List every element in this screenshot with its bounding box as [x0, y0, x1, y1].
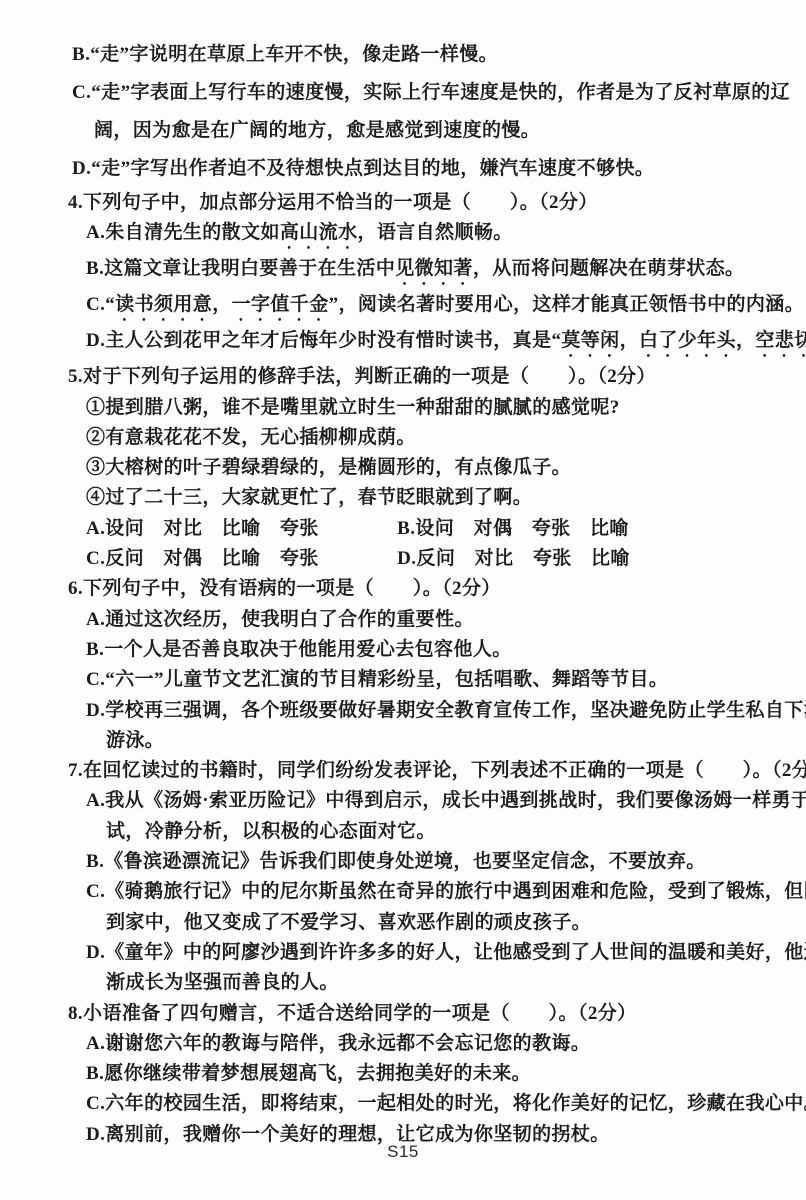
text-run: ④过了二十三，大家就更忙了，春节眨眼就到了啊。	[86, 487, 532, 508]
q8-stem: 8.小语准备了四句赠言，不适合送给同学的一项是（ ）。（2分）	[68, 999, 796, 1029]
q3-option-d: D.“走”字写出作者迫不及待想快点到达目的地，嫌汽车速度不够快。	[72, 150, 796, 188]
q6-option-d: D.学校再三强调，各个班级要做好暑期安全教育宣传工作，坚决避免防止学生私自下河	[86, 696, 796, 726]
text-run: B.一个人是否善良取决于他能用爱心去包容他人。	[86, 639, 512, 660]
text-run: ”，阅读名著时要用心，这样才能真正领悟书中的内涵。	[329, 294, 805, 315]
text-run: ③大榕树的叶子碧绿碧绿的，是椭圆形的，有点像瓜子。	[86, 457, 571, 478]
question-4: 4.下列句子中，加点部分运用不恰当的一项是（ ）。（2分） A.朱自清先生的散文…	[68, 188, 796, 362]
q4-option-a: A.朱自清先生的散文如高山流水，语言自然顺畅。	[86, 218, 796, 254]
text-run: ①提到腊八粥，谁不是嘴里就立时生一种甜甜的腻腻的感觉呢?	[86, 397, 620, 418]
question-7: 7.在回忆读过的书籍时，同学们纷纷发表评论，下列表述不正确的一项是（ ）。（2分…	[68, 756, 796, 998]
q8-option-a: A.谢谢您六年的教诲与陪伴，我永远都不会忘记您的教诲。	[86, 1029, 796, 1059]
q4-option-c: C.“读书须用意，一字值千金”，阅读名著时要用心，这样才能真正领悟书中的内涵。	[86, 290, 796, 326]
q7-option-c: C.《骑鹅旅行记》中的尼尔斯虽然在奇异的旅行中遇到困难和危险，受到了锻炼，但回	[86, 877, 796, 907]
text-run: 到家中，他又变成了不爱学习、喜欢恶作剧的顽皮孩子。	[106, 912, 591, 933]
q7-stem: 7.在回忆读过的书籍时，同学们纷纷发表评论，下列表述不正确的一项是（ ）。（2分…	[68, 756, 796, 786]
text-run: 4.下列句子中，加点部分运用不恰当的一项是（ ）。（2分）	[68, 192, 598, 213]
question-5: 5.对于下列句子运用的修辞手法，判断正确的一项是（ ）。（2分） ①提到腊八粥，…	[68, 362, 796, 574]
text-run: 8.小语准备了四句赠言，不适合送给同学的一项是（ ）。（2分）	[68, 1003, 637, 1024]
text-run: C.六年的校园生活，即将结束，一起相处的时光，将化作美好的记忆，珍藏在我心中。	[86, 1093, 806, 1114]
emphasized-text: 空悲切	[755, 330, 806, 351]
text-run: B.《鲁滨逊漂流记》告诉我们即使身处逆境，也要坚定信念，不要放弃。	[86, 851, 706, 872]
q5-sentence-2: ②有意栽花花不发，无心插柳柳成荫。	[86, 423, 796, 453]
emphasized-text: 读书须用意	[115, 294, 212, 315]
q7-option-a-wrap: 试，冷静分析，以积极的心态面对它。	[106, 817, 796, 847]
q6-option-c: C.“六一”儿童节文艺汇演的节目精彩纷呈，包括唱歌、舞蹈等节目。	[86, 665, 796, 695]
question-3-options-continued: B.“走”字说明在草原上车开不快，像走路一样慢。 C.“走”字表面上写行车的速度…	[68, 36, 796, 188]
text-run: C.“	[86, 294, 115, 315]
exam-content: B.“走”字说明在草原上车开不快，像走路一样慢。 C.“走”字表面上写行车的速度…	[68, 36, 796, 1150]
q5-choice-row-cd: C.反问 对偶 比喻 夸张 D.反问 对比 夸张 比喻	[86, 544, 796, 574]
text-run: A.谢谢您六年的教诲与陪伴，我永远都不会忘记您的教诲。	[86, 1033, 590, 1054]
q8-option-c: C.六年的校园生活，即将结束，一起相处的时光，将化作美好的记忆，珍藏在我心中。	[86, 1089, 796, 1119]
q5-option-c: C.反问 对偶 比喻 夸张	[86, 544, 392, 574]
q7-option-a: A.我从《汤姆·索亚历险记》中得到启示，成长中遇到挑战时，我们要像汤姆一样勇于尝	[86, 786, 796, 816]
q7-option-c-wrap: 到家中，他又变成了不爱学习、喜欢恶作剧的顽皮孩子。	[106, 908, 796, 938]
text-run: ，	[620, 330, 639, 351]
text-run: ，	[736, 330, 755, 351]
text-run: 6.下列句子中，没有语病的一项是（ ）。（2分）	[68, 578, 501, 599]
text-run: ，	[212, 294, 231, 315]
q7-option-b: B.《鲁滨逊漂流记》告诉我们即使身处逆境，也要坚定信念，不要放弃。	[86, 847, 796, 877]
text-run: ，语言自然顺畅。	[357, 222, 512, 243]
q3-option-b: B.“走”字说明在草原上车开不快，像走路一样慢。	[72, 36, 796, 74]
text-run: B.设问 对偶 夸张 比喻	[397, 518, 629, 539]
text-run: D.“走”字写出作者迫不及待想快点到达目的地，嫌汽车速度不够快。	[72, 158, 654, 179]
text-run: B.这篇文章让我明白要善于在生活中	[86, 258, 395, 279]
text-run: ，从而将问题解决在萌芽状态。	[473, 258, 745, 279]
q4-option-d: D.主人公到花甲之年才后悔年少时没有惜时读书，真是“莫等闲，白了少年头，空悲切”…	[86, 326, 796, 362]
text-run: C.“六一”儿童节文艺汇演的节目精彩纷呈，包括唱歌、舞蹈等节目。	[86, 669, 668, 690]
text-run: C.反问 对偶 比喻 夸张	[86, 548, 319, 569]
text-run: D.反问 对比 夸张 比喻	[397, 548, 630, 569]
text-run: 试，冷静分析，以积极的心态面对它。	[106, 821, 436, 842]
text-run: D.主人公到花甲之年才后悔年少时没有惜时读书，真是“	[86, 330, 561, 351]
question-6: 6.下列句子中，没有语病的一项是（ ）。（2分） A.通过这次经历，使我明白了合…	[68, 574, 796, 756]
q6-option-d-wrap: 游泳。	[106, 726, 796, 756]
q5-option-a: A.设问 对比 比喻 夸张	[86, 514, 392, 544]
q5-sentence-1: ①提到腊八粥，谁不是嘴里就立时生一种甜甜的腻腻的感觉呢?	[86, 393, 796, 423]
q3-option-c-wrap: 阔，因为愈是在广阔的地方，愈是感觉到速度的慢。	[94, 112, 796, 150]
q5-choice-row-ab: A.设问 对比 比喻 夸张 B.设问 对偶 夸张 比喻	[86, 514, 796, 544]
text-run: 游泳。	[106, 730, 164, 751]
q4-option-b: B.这篇文章让我明白要善于在生活中见微知著，从而将问题解决在萌芽状态。	[86, 254, 796, 290]
text-run: 渐成长为坚强而善良的人。	[106, 972, 339, 993]
page-number: S15	[0, 1142, 806, 1162]
q6-option-a: A.通过这次经历，使我明白了合作的重要性。	[86, 605, 796, 635]
q4-stem: 4.下列句子中，加点部分运用不恰当的一项是（ ）。（2分）	[68, 188, 796, 218]
q6-option-b: B.一个人是否善良取决于他能用爱心去包容他人。	[86, 635, 796, 665]
q3-option-c: C.“走”字表面上写行车的速度慢，实际上行车速度是快的，作者是为了反衬草原的辽	[72, 74, 796, 112]
text-run: B.愿你继续带着梦想展翅高飞，去拥抱美好的未来。	[86, 1063, 531, 1084]
emphasized-text: 一字值千金	[232, 294, 329, 315]
text-run: C.“走”字表面上写行车的速度慢，实际上行车速度是快的，作者是为了反衬草原的辽	[72, 82, 790, 103]
text-run: C.《骑鹅旅行记》中的尼尔斯虽然在奇异的旅行中遇到困难和危险，受到了锻炼，但回	[86, 881, 806, 902]
text-run: A.通过这次经历，使我明白了合作的重要性。	[86, 609, 474, 630]
emphasized-text: 高山流水	[280, 222, 358, 243]
q5-sentence-3: ③大榕树的叶子碧绿碧绿的，是椭圆形的，有点像瓜子。	[86, 453, 796, 483]
exam-paper-page: B.“走”字说明在草原上车开不快，像走路一样慢。 C.“走”字表面上写行车的速度…	[0, 0, 806, 1200]
text-run: A.朱自清先生的散文如	[86, 222, 280, 243]
text-run: 5.对于下列句子运用的修辞手法，判断正确的一项是（ ）。（2分）	[68, 366, 656, 387]
q5-stem: 5.对于下列句子运用的修辞手法，判断正确的一项是（ ）。（2分）	[68, 362, 796, 392]
emphasized-text: 见微知著	[395, 258, 473, 279]
q7-option-d: D.《童年》中的阿廖沙遇到许许多多的好人，让他感受到了人世间的温暖和美好，他逐	[86, 938, 796, 968]
text-run: ②有意栽花花不发，无心插柳柳成荫。	[86, 427, 416, 448]
text-run: 阔，因为愈是在广阔的地方，愈是感觉到速度的慢。	[94, 120, 540, 141]
emphasized-text: 白了少年头	[639, 330, 736, 351]
q8-option-b: B.愿你继续带着梦想展翅高飞，去拥抱美好的未来。	[86, 1059, 796, 1089]
q6-stem: 6.下列句子中，没有语病的一项是（ ）。（2分）	[68, 574, 796, 604]
emphasized-text: 莫等闲	[561, 330, 619, 351]
question-8: 8.小语准备了四句赠言，不适合送给同学的一项是（ ）。（2分） A.谢谢您六年的…	[68, 999, 796, 1150]
text-run: D.学校再三强调，各个班级要做好暑期安全教育宣传工作，坚决避免防止学生私自下河	[86, 700, 806, 721]
text-run: A.我从《汤姆·索亚历险记》中得到启示，成长中遇到挑战时，我们要像汤姆一样勇于尝	[86, 790, 806, 811]
q7-option-d-wrap: 渐成长为坚强而善良的人。	[106, 968, 796, 998]
q5-sentence-4: ④过了二十三，大家就更忙了，春节眨眼就到了啊。	[86, 483, 796, 513]
text-run: 7.在回忆读过的书籍时，同学们纷纷发表评论，下列表述不正确的一项是（ ）。（2分…	[68, 760, 806, 781]
text-run: B.“走”字说明在草原上车开不快，像走路一样慢。	[72, 44, 498, 65]
text-run: D.《童年》中的阿廖沙遇到许许多多的好人，让他感受到了人世间的温暖和美好，他逐	[86, 942, 806, 963]
q5-option-d: D.反问 对比 夸张 比喻	[397, 548, 630, 569]
text-run: A.设问 对比 比喻 夸张	[86, 518, 319, 539]
q5-option-b: B.设问 对偶 夸张 比喻	[397, 518, 629, 539]
